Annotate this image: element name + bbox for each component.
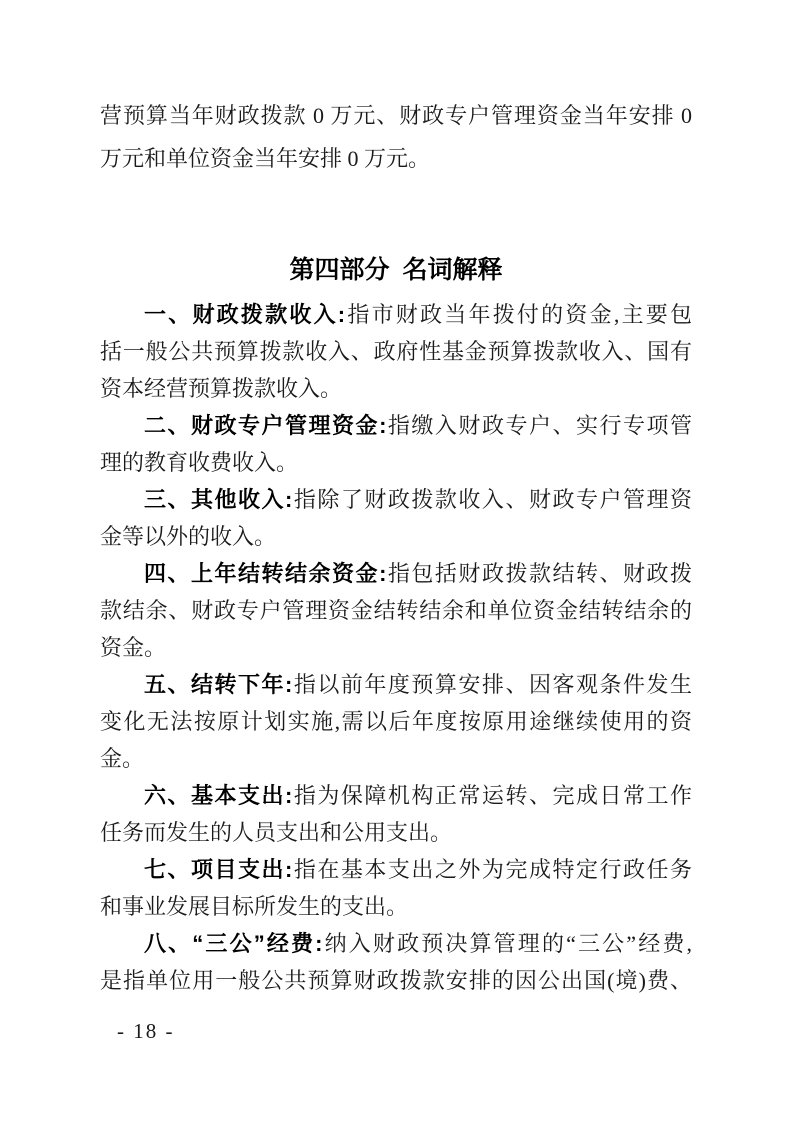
- definition-line: 理的教育收费收入。: [100, 444, 692, 481]
- definition-text: 指以前年度预算安排、因客观条件发生: [292, 672, 692, 697]
- definition-term: 二、财政专户管理资金:: [144, 413, 386, 438]
- definition-text: 资金。: [100, 635, 166, 660]
- definition-text: 指市财政当年拨付的资金,主要包: [345, 302, 692, 327]
- definition-term: 七、项目支出:: [144, 857, 292, 882]
- definition-item: 四、上年结转结余资金:指包括财政拨款结转、财政拨款结余、财政专户管理资金结转结余…: [100, 555, 692, 666]
- page-number: - 18 -: [117, 1018, 692, 1044]
- definition-text: 括一般公共预算拨款收入、政府性基金预算拨款收入、国有: [100, 339, 692, 364]
- intro-line: 营预算当年财政拨款 0 万元、财政专户管理资金当年安排 0: [100, 94, 692, 137]
- definition-text: 指包括财政拨款结转、财政拨: [386, 561, 692, 586]
- definition-term: 三、其他收入:: [144, 487, 292, 512]
- definitions-list: 一、财政拨款收入:指市财政当年拨付的资金,主要包括一般公共预算拨款收入、政府性基…: [100, 296, 692, 999]
- definition-text: 任务而发生的人员支出和公用支出。: [100, 820, 452, 845]
- definition-term: 八、“三公”经费:: [144, 931, 323, 956]
- definition-line: 任务而发生的人员支出和公用支出。: [100, 814, 692, 851]
- definition-line: 六、基本支出:指为保障机构正常运转、完成日常工作: [100, 777, 692, 814]
- definition-item: 一、财政拨款收入:指市财政当年拨付的资金,主要包括一般公共预算拨款收入、政府性基…: [100, 296, 692, 407]
- definition-item: 五、结转下年:指以前年度预算安排、因客观条件发生变化无法按原计划实施,需以后年度…: [100, 666, 692, 777]
- document-page: 营预算当年财政拨款 0 万元、财政专户管理资金当年安排 0万元和单位资金当年安排…: [0, 0, 793, 1122]
- definition-item: 七、项目支出:指在基本支出之外为完成特定行政任务和事业发展目标所发生的支出。: [100, 851, 692, 925]
- definition-line: 和事业发展目标所发生的支出。: [100, 888, 692, 925]
- definition-item: 八、“三公”经费:纳入财政预决算管理的“三公”经费,是指单位用一般公共预算财政拨…: [100, 925, 692, 999]
- definition-line: 五、结转下年:指以前年度预算安排、因客观条件发生: [100, 666, 692, 703]
- definition-term: 一、财政拨款收入:: [144, 302, 345, 327]
- definition-term: 五、结转下年:: [144, 672, 292, 697]
- definition-text: 资本经营预算拨款收入。: [100, 376, 342, 401]
- definition-line: 金。: [100, 740, 692, 777]
- definition-line: 四、上年结转结余资金:指包括财政拨款结转、财政拨: [100, 555, 692, 592]
- definition-text: 理的教育收费收入。: [100, 450, 298, 475]
- definition-line: 资本经营预算拨款收入。: [100, 370, 692, 407]
- definition-text: 指在基本支出之外为完成特定行政任务: [292, 857, 692, 882]
- definition-term: 四、上年结转结余资金:: [144, 561, 386, 586]
- definition-line: 三、其他收入:指除了财政拨款收入、财政专户管理资: [100, 481, 692, 518]
- definition-line: 款结余、财政专户管理资金结转结余和单位资金结转结余的: [100, 592, 692, 629]
- definition-line: 二、财政专户管理资金:指缴入财政专户、实行专项管: [100, 407, 692, 444]
- definition-item: 三、其他收入:指除了财政拨款收入、财政专户管理资金等以外的收入。: [100, 481, 692, 555]
- definition-text: 指为保障机构正常运转、完成日常工作: [292, 783, 692, 808]
- definition-text: 金等以外的收入。: [100, 524, 276, 549]
- definition-text: 指缴入财政专户、实行专项管: [386, 413, 692, 438]
- definition-text: 款结余、财政专户管理资金结转结余和单位资金结转结余的: [100, 598, 692, 623]
- definition-text: 变化无法按原计划实施,需以后年度按原用途继续使用的资: [100, 709, 692, 734]
- definition-text: 金。: [100, 746, 144, 771]
- page-content: 营预算当年财政拨款 0 万元、财政专户管理资金当年安排 0万元和单位资金当年安排…: [0, 0, 793, 1044]
- definition-line: 变化无法按原计划实施,需以后年度按原用途继续使用的资: [100, 703, 692, 740]
- definition-item: 二、财政专户管理资金:指缴入财政专户、实行专项管理的教育收费收入。: [100, 407, 692, 481]
- definition-text: 指除了财政拨款收入、财政专户管理资: [292, 487, 692, 512]
- definition-text: 纳入财政预决算管理的“三公”经费,: [323, 931, 693, 956]
- definition-item: 六、基本支出:指为保障机构正常运转、完成日常工作任务而发生的人员支出和公用支出。: [100, 777, 692, 851]
- intro-line: 万元和单位资金当年安排 0 万元。: [100, 137, 692, 180]
- definition-text: 是指单位用一般公共预算财政拨款安排的因公出国(境)费、: [100, 968, 692, 993]
- definition-line: 一、财政拨款收入:指市财政当年拨付的资金,主要包: [100, 296, 692, 333]
- definition-line: 资金。: [100, 629, 692, 666]
- definition-line: 是指单位用一般公共预算财政拨款安排的因公出国(境)费、: [100, 962, 692, 999]
- definition-line: 八、“三公”经费:纳入财政预决算管理的“三公”经费,: [100, 925, 692, 962]
- definition-line: 括一般公共预算拨款收入、政府性基金预算拨款收入、国有: [100, 333, 692, 370]
- definition-line: 七、项目支出:指在基本支出之外为完成特定行政任务: [100, 851, 692, 888]
- definition-line: 金等以外的收入。: [100, 518, 692, 555]
- definition-term: 六、基本支出:: [144, 783, 292, 808]
- intro-paragraph: 营预算当年财政拨款 0 万元、财政专户管理资金当年安排 0万元和单位资金当年安排…: [100, 94, 692, 180]
- definition-text: 和事业发展目标所发生的支出。: [100, 894, 408, 919]
- section-heading: 第四部分 名词解释: [100, 253, 692, 287]
